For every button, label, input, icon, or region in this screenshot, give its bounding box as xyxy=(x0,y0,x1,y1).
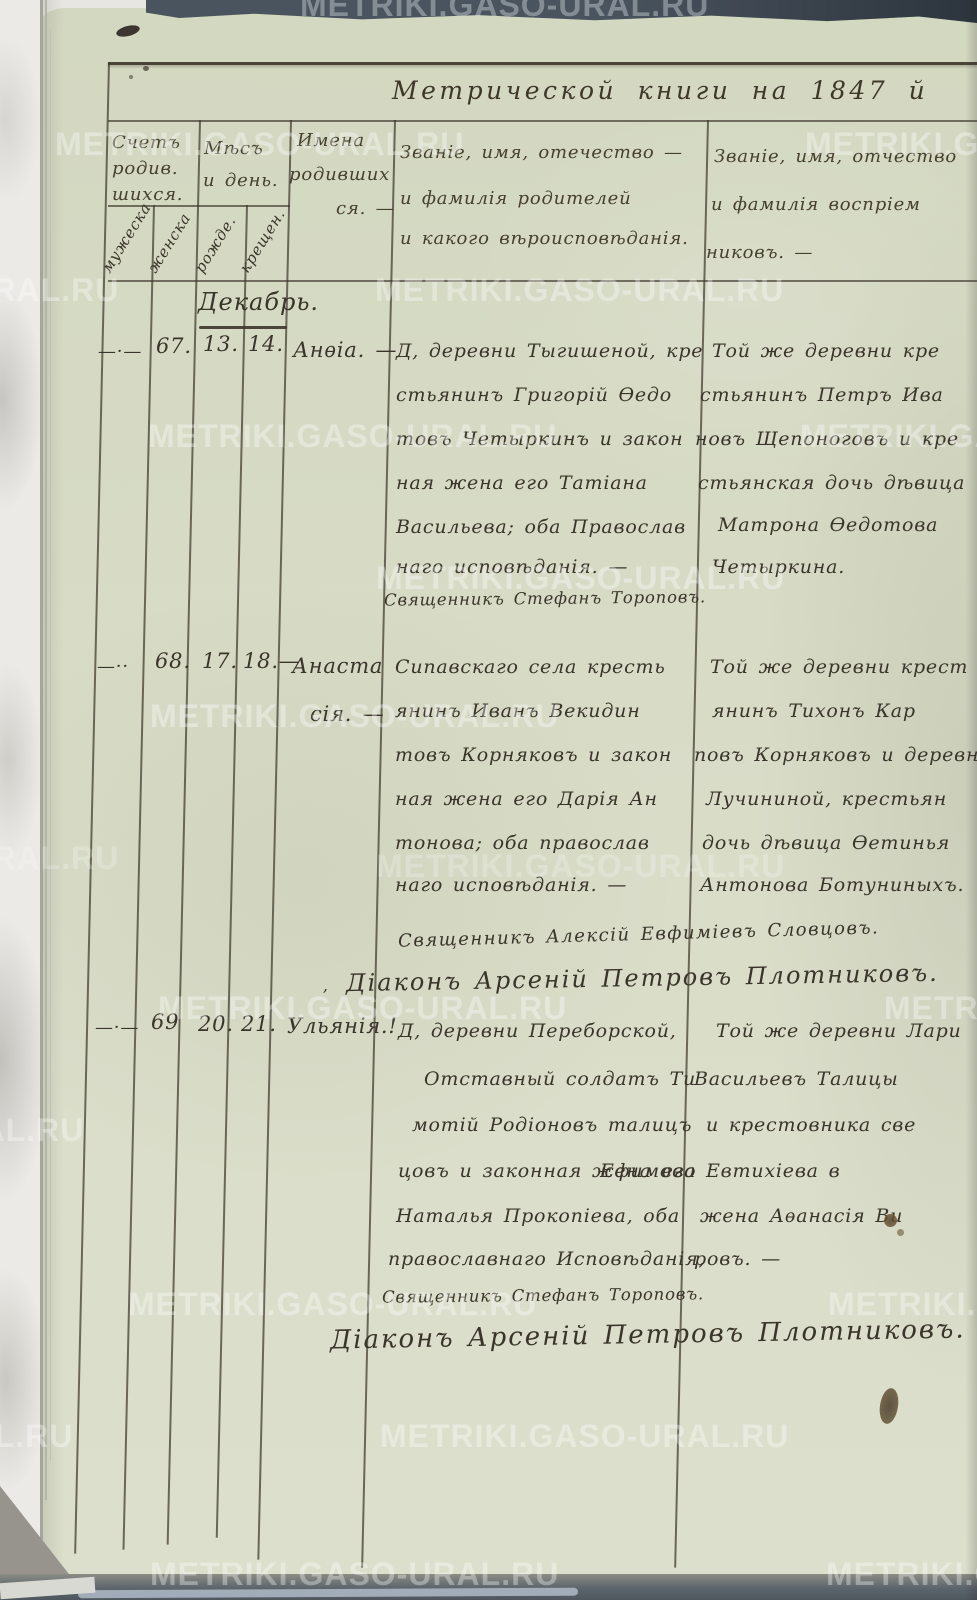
record-godparents-line: Васильевъ Талицы xyxy=(694,1068,898,1090)
record-baptized-day: 14. xyxy=(248,332,284,356)
record-parents-line: товъ Корняковъ и закон xyxy=(395,744,672,766)
record-parents-line: Васильева; оба Православ xyxy=(396,516,686,538)
col-parents-header: и фамилія родителей xyxy=(400,188,632,209)
record-godparents-line: ровъ. — xyxy=(694,1248,781,1270)
record-parents-line: ная жена его Дарія Ан xyxy=(395,788,658,810)
ink-speck xyxy=(129,75,133,79)
scanned-metrical-book-page: Метрической книги на 1847 й Счетъ родив.… xyxy=(0,0,977,1600)
record-parents-line: православнаго Исповѣданія, xyxy=(388,1248,705,1270)
archive-watermark: METRIKI.GASO-URAL.RU xyxy=(380,1418,789,1455)
record-female-count: 67. xyxy=(156,334,192,358)
stain-spot xyxy=(884,1214,897,1227)
col-count-header: шихся. xyxy=(112,184,183,205)
archive-watermark: METRIKI.GASO-URAL.RU xyxy=(128,1286,537,1323)
record-godparents-line: стьянинъ Петръ Ива xyxy=(700,384,944,406)
col-names-header: ся. — xyxy=(336,198,394,219)
col-parents-header: и какого вѣроисповѣданія. xyxy=(400,228,689,249)
stain-spot xyxy=(897,1229,904,1236)
record-godparents-line: янинъ Тихонъ Кар xyxy=(712,700,916,722)
record-female-count: 68. xyxy=(155,649,191,673)
record-godparents-line: Той же деревни кре xyxy=(712,340,940,362)
col-date-header: и день. xyxy=(203,170,278,191)
record-parents-line: Наталья Прокопіева, оба xyxy=(396,1205,680,1227)
archive-watermark: METRIKI.GASO-URAL.RU xyxy=(800,418,977,455)
archive-watermark: METRIKI.GASO-URAL.RU xyxy=(0,272,119,309)
archive-watermark: METRIKI.GASO-URAL.RU xyxy=(828,1286,977,1323)
archive-watermark: METRIKI.GASO-URAL.RU xyxy=(150,1556,559,1593)
record-parents-line: ная жена его Татіана xyxy=(396,472,648,494)
archive-watermark: METRIKI.GASO-URAL.RU xyxy=(150,698,559,735)
col-names-header: родивших xyxy=(289,164,390,185)
record-born-day: 17. xyxy=(202,649,238,673)
record-parents-line: мотій Родіоновъ талицъ xyxy=(412,1114,692,1136)
table-line xyxy=(108,62,977,65)
record-godparents-line: Матрона Ѳедотова xyxy=(718,514,938,536)
record-male-count: —·· xyxy=(97,656,129,677)
page-right-shadow xyxy=(965,0,977,1600)
record-godparents-line: Той же деревни крест xyxy=(710,656,968,678)
archive-watermark: METRIKI.GASO-URAL.RU xyxy=(884,990,977,1027)
record-name: Анаста xyxy=(292,654,383,678)
record-parents-line: Сипавскаго села кресть xyxy=(395,656,666,678)
archive-watermark: METRIKI.GASO-URAL.RU xyxy=(375,272,784,309)
archive-watermark: METRIKI.GASO-URAL.RU xyxy=(0,1112,84,1149)
record-parents-line: стьянинъ Григорій Ѳедо xyxy=(396,384,672,406)
record-godparents-line: стьянская дочь дѣвица xyxy=(698,472,965,494)
archive-watermark: METRIKI.GASO-URAL.RU xyxy=(826,1556,977,1593)
record-godparents-line: повъ Корняковъ и деревни xyxy=(694,744,977,766)
record-parents-line: Д, деревни Тыгишеной, кре xyxy=(396,340,703,362)
scanner-background-strip xyxy=(0,0,40,1600)
archive-watermark: METRIKI.GASO-URAL.RU xyxy=(376,848,785,885)
archive-watermark: METRIKI.GASO-URAL.RU xyxy=(300,0,709,24)
record-name: Анѳіа. — xyxy=(293,338,397,362)
record-born-day: 13. xyxy=(203,332,239,356)
record-male-count: —·— xyxy=(98,341,142,362)
record-godparents-line: жена Аѳанасія Ви xyxy=(700,1205,903,1227)
archive-watermark: METRIKI.GASO-URAL.RU xyxy=(148,418,557,455)
col-godparents-header: никовъ. — xyxy=(706,242,813,263)
archive-watermark: METRIKI.GASO-URAL.RU xyxy=(158,990,567,1027)
archive-watermark: METRIKI.GASO-URAL.RU xyxy=(0,840,119,877)
archive-watermark: METRIKI.GASO-URAL.RU xyxy=(376,560,785,597)
page-title: Метрической книги на 1847 й xyxy=(392,76,928,105)
archive-watermark: METRIKI.GASO-URAL.RU xyxy=(805,126,977,163)
col-godparents-header: и фамилія воспріем xyxy=(711,194,921,215)
binding-shadow xyxy=(40,0,68,1570)
record-godparents-line: Ефимова Евтихіева в xyxy=(600,1160,841,1182)
archive-watermark: METRIKI.GASO-URAL.RU xyxy=(55,126,464,163)
record-godparents-line: Лучининой, крестьян xyxy=(706,788,947,810)
record-male-count: —·— xyxy=(95,1017,139,1038)
record-parents-line: Отставный солдатъ Ти xyxy=(424,1068,696,1090)
ink-speck xyxy=(143,66,149,71)
record-godparents-line: и крестовника све xyxy=(706,1114,916,1136)
archive-watermark: METRIKI.GASO-URAL.RU xyxy=(0,1418,73,1455)
month-label: Декабрь. xyxy=(198,288,319,316)
table-line xyxy=(108,120,977,122)
